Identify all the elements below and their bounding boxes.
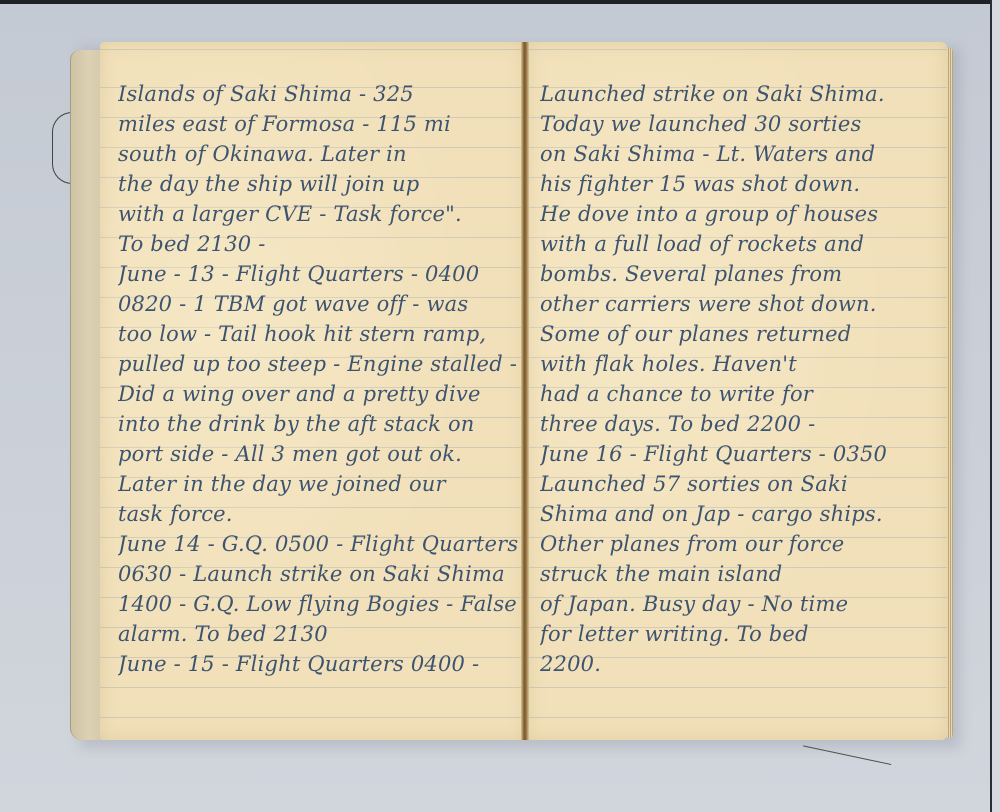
- handwritten-line: on Saki Shima - Lt. Waters and: [540, 139, 945, 169]
- left-page-text: Islands of Saki Shima - 325 miles east o…: [118, 79, 523, 679]
- handwritten-line: alarm. To bed 2130: [118, 619, 523, 649]
- handwritten-line: with flak holes. Haven't: [540, 349, 945, 379]
- handwritten-line: of Japan. Busy day - No time: [540, 589, 945, 619]
- handwritten-line: Launched 57 sorties on Saki: [540, 469, 945, 499]
- handwritten-line: miles east of Formosa - 115 mi: [118, 109, 523, 139]
- handwritten-line: for letter writing. To bed: [540, 619, 945, 649]
- diary-entry-date-line: June - 15 - Flight Quarters 0400 -: [118, 649, 523, 679]
- handwritten-line: too low - Tail hook hit stern ramp,: [118, 319, 523, 349]
- handwritten-line: south of Okinawa. Later in: [118, 139, 523, 169]
- scanner-frame-right: [990, 0, 1000, 812]
- handwritten-line: Shima and on Jap - cargo ships.: [540, 499, 945, 529]
- handwritten-line: 2200.: [540, 649, 945, 679]
- handwritten-line: Islands of Saki Shima - 325: [118, 79, 523, 109]
- handwritten-line: had a chance to write for: [540, 379, 945, 409]
- handwritten-line: into the drink by the aft stack on: [118, 409, 523, 439]
- handwritten-line: port side - All 3 men got out ok.: [118, 439, 523, 469]
- handwritten-line: task force.: [118, 499, 523, 529]
- handwritten-line: other carriers were shot down.: [540, 289, 945, 319]
- handwritten-line: Later in the day we joined our: [118, 469, 523, 499]
- handwritten-line: 0820 - 1 TBM got wave off - was: [118, 289, 523, 319]
- handwritten-line: with a full load of rockets and: [540, 229, 945, 259]
- handwritten-line: He dove into a group of houses: [540, 199, 945, 229]
- diary-entry-date-line: June - 13 - Flight Quarters - 0400: [118, 259, 523, 289]
- handwritten-line: Launched strike on Saki Shima.: [540, 79, 945, 109]
- handwritten-line: Today we launched 30 sorties: [540, 109, 945, 139]
- handwritten-line: with a larger CVE - Task force".: [118, 199, 523, 229]
- scanner-frame-top: [0, 0, 1000, 4]
- handwritten-line: the day the ship will join up: [118, 169, 523, 199]
- handwritten-line: To bed 2130 -: [118, 229, 523, 259]
- handwritten-line: bombs. Several planes from: [540, 259, 945, 289]
- handwritten-line: 1400 - G.Q. Low flying Bogies - False: [118, 589, 523, 619]
- handwritten-line: Other planes from our force: [540, 529, 945, 559]
- handwritten-line: struck the main island: [540, 559, 945, 589]
- handwritten-line: Did a wing over and a pretty dive: [118, 379, 523, 409]
- handwritten-line: 0630 - Launch strike on Saki Shima: [118, 559, 523, 589]
- handwritten-line: pulled up too steep - Engine stalled -: [118, 349, 523, 379]
- handwritten-line: Some of our planes returned: [540, 319, 945, 349]
- handwritten-line: his fighter 15 was shot down.: [540, 169, 945, 199]
- diary-entry-date-line: June 14 - G.Q. 0500 - Flight Quarters: [118, 529, 523, 559]
- handwritten-line: three days. To bed 2200 -: [540, 409, 945, 439]
- right-page-text: Launched strike on Saki Shima. Today we …: [540, 79, 945, 679]
- diary-entry-date-line: June 16 - Flight Quarters - 0350: [540, 439, 945, 469]
